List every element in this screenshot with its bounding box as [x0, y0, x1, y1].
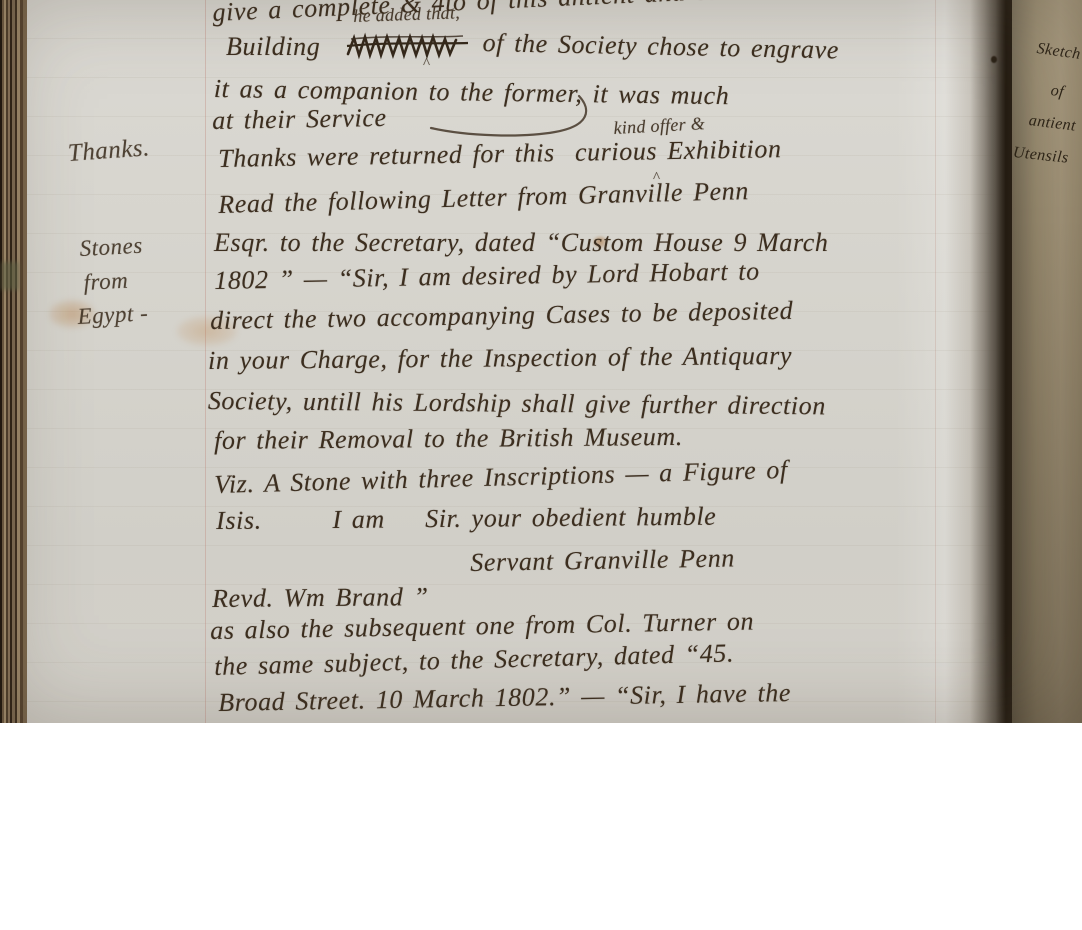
manuscript-line: for their Removal to the British Museum. [214, 424, 683, 454]
manuscript-line: Isis. I am Sir. your obedient humble [216, 504, 716, 534]
book-binding-edge [0, 0, 27, 723]
facing-page-note-line: Utensils [1012, 144, 1069, 168]
screenshot-root: Thanks. Stones from Egypt - he added tha… [0, 0, 1082, 930]
facing-page-note-line: Sketch [1035, 40, 1081, 64]
manuscript-photo: Thanks. Stones from Egypt - he added tha… [0, 0, 1082, 723]
binding-green-patch [1, 262, 19, 290]
margin-note-stones-line: Stones [79, 233, 143, 262]
margin-note-thanks: Thanks. [67, 134, 151, 168]
manuscript-line: Esqr. to the Secretary, dated “Custom Ho… [214, 230, 829, 256]
manuscript-line: Revd. Wm Brand ” [212, 584, 429, 612]
manuscript-line: in your Charge, for the Inspection of th… [208, 343, 792, 374]
facing-page-note-line: antient [1028, 112, 1077, 136]
margin-rule-right [935, 0, 936, 723]
manuscript-line: at their Service [212, 105, 387, 134]
manuscript-line: Building [226, 34, 320, 60]
bottom-white-area [0, 723, 1082, 930]
margin-note-stones-line: from [83, 268, 129, 296]
strikethrough-scribble [345, 28, 471, 64]
facing-page: Sketch of antient Utensils [1012, 0, 1082, 723]
manuscript-page: Thanks. Stones from Egypt - he added tha… [27, 0, 1014, 723]
manuscript-line: Servant Granville Penn [470, 545, 735, 576]
margin-note-stones-line: Egypt - [77, 300, 149, 330]
manuscript-line: Society, untill his Lordship shall give … [208, 388, 826, 419]
facing-page-note-line: of [1049, 82, 1065, 102]
margin-rule-left [205, 0, 206, 723]
gutter-shadow [970, 0, 1016, 723]
